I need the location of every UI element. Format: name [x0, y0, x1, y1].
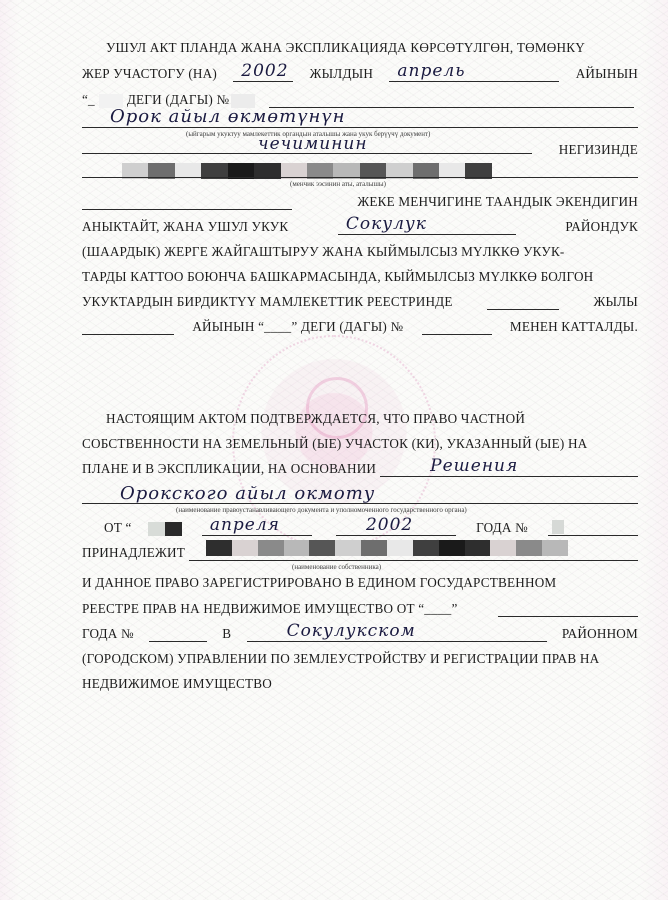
ru-text: ПРИНАДЛЕЖИТ [82, 545, 185, 561]
handwritten-month: апрель [397, 61, 465, 81]
redaction-pixel [284, 540, 310, 556]
redaction-pixel [387, 540, 413, 556]
kg-text: ЖЕР УЧАСТОГУ (НА) [82, 66, 217, 82]
month-field: апрель [389, 66, 559, 82]
handwritten-basis: Решения [430, 456, 518, 476]
ru-text: ГОДА № [476, 520, 528, 536]
kg-text: ЖЫЛДЫН [310, 66, 373, 82]
year-field: 2002 [336, 520, 456, 536]
ru-text: ПЛАНЕ И В ЭКСПЛИКАЦИИ, НА ОСНОВАНИИ [82, 461, 376, 477]
kg-text: МЕНЕН КАТТАЛДЫ. [510, 319, 638, 335]
kg-text: (ШААРДЫК) ЖЕРГЕ ЖАЙГАШТЫРУУ ЖАНА КЫЙМЫЛС… [82, 244, 565, 260]
handwritten-district: Сокулук [346, 214, 427, 234]
redaction-pixel [335, 540, 361, 556]
ru-text: И ДАННОЕ ПРАВО ЗАРЕГИСТРИРОВАНО В ЕДИНОМ… [82, 575, 556, 591]
ru-text: В [222, 626, 231, 642]
kg-line-1: УШУЛ АКТ ПЛАНДА ЖАНА ЭКСПЛИКАЦИЯДА КӨРСӨ… [82, 34, 638, 56]
ru-text: РЕЕСТРЕ ПРАВ НА НЕДВИЖИМОЕ ИМУЩЕСТВО ОТ … [82, 601, 458, 617]
kg-line-10: ТАРДЫ КАТТОО БОЮНЧА БАШКАРМАСЫНДА, КЫЙМЫ… [82, 263, 638, 285]
kg-line-2: ЖЕР УЧАСТОГУ (НА) 2002 ЖЫЛДЫН апрель АЙЫ… [82, 60, 638, 82]
redaction-pixel [232, 540, 258, 556]
kg-line-5: НЕГИЗИНДЕ [82, 136, 638, 158]
caption-owner: (менчик ээсинин аты, аталышы) [290, 180, 386, 188]
redaction-pixel [490, 540, 516, 556]
handwritten-year: 2002 [241, 61, 288, 81]
kg-line-7: ЖЕКЕ МЕНЧИГИНЕ ТААНДЫК ЭКЕНДИГИН [82, 188, 638, 210]
month-field: апреля [202, 520, 312, 536]
ru-line-2: СОБСТВЕННОСТИ НА ЗЕМЕЛЬНЫЙ (ЫЕ) УЧАСТОК … [82, 430, 638, 452]
kg-line-11: УКУКТАРДЫН БИРДИКТҮҮ МАМЛЕКЕТТИК РЕЕСТРИ… [82, 288, 638, 310]
ru-line-10: (ГОРОДСКОМ) УПРАВЛЕНИИ ПО ЗЕМЛЕУСТРОЙСТВ… [82, 645, 638, 667]
kg-text: АЙЫНЫН “____” ДЕГИ (ДАГЫ) № [192, 319, 403, 335]
redaction-pixel [258, 540, 284, 556]
blank-field [487, 294, 559, 310]
kg-text: АНЫКТАЙТ, ЖАНА УШУЛ УКУК [82, 219, 288, 235]
redaction-pixel [206, 540, 232, 556]
blank-field [498, 601, 638, 617]
redacted-owner-name-ru [206, 540, 568, 556]
redaction-pixel [516, 540, 542, 556]
redaction-pixel [542, 540, 568, 556]
redaction-pixel [309, 540, 335, 556]
kg-line-3: “_ ДЕГИ (ДАГЫ) № [82, 86, 638, 108]
ru-text: НАСТОЯЩИМ АКТОМ ПОДТВЕРЖДАЕТСЯ, ЧТО ПРАВ… [106, 411, 525, 427]
ru-text: НЕДВИЖИМОЕ ИМУЩЕСТВО [82, 676, 272, 692]
blank-field [422, 319, 492, 335]
ru-line-9: ГОДА № В Сокулукском РАЙОННОМ [82, 620, 638, 642]
basis-field: Решения [380, 461, 638, 477]
redaction-pixel [413, 540, 439, 556]
blank-field [82, 194, 292, 210]
kg-text: РАЙОНДУК [565, 219, 638, 235]
district-field: Сокулук [338, 219, 516, 235]
ru-line-3: ПЛАНЕ И В ЭКСПЛИКАЦИИ, НА ОСНОВАНИИ Реше… [82, 455, 638, 477]
kg-text: “_ [82, 92, 95, 108]
district-field: Сокулукском [247, 626, 547, 642]
ru-line-1: НАСТОЯЩИМ АКТОМ ПОДТВЕРЖДАЕТСЯ, ЧТО ПРАВ… [82, 405, 638, 427]
redaction-pixel [465, 540, 491, 556]
ru-text: СОБСТВЕННОСТИ НА ЗЕМЕЛЬНЫЙ (ЫЕ) УЧАСТОК … [82, 436, 587, 452]
ru-text: ОТ “ [82, 520, 132, 536]
ru-line-8: РЕЕСТРЕ ПРАВ НА НЕДВИЖИМОЕ ИМУЩЕСТВО ОТ … [82, 595, 638, 617]
kg-text: АЙЫНЫН [576, 66, 638, 82]
rule [82, 177, 638, 178]
redaction-pixel [361, 540, 387, 556]
handwritten-year-ru: 2002 [366, 515, 413, 535]
redacted-number [552, 520, 564, 534]
blank-field [82, 319, 174, 335]
number-field [548, 520, 638, 536]
handwritten-authority-ru: Орокского айыл окмоту [120, 483, 375, 504]
caption-document: (наименование правоустанавливающего доку… [176, 506, 467, 514]
ru-text: РАЙОННОМ [562, 626, 638, 642]
kg-text: ТАРДЫ КАТТОО БОЮНЧА БАШКАРМАСЫНДА, КЫЙМЫ… [82, 269, 593, 285]
handwritten-district-ru: Сокулукском [287, 621, 416, 641]
kg-line-12: АЙЫНЫН “____” ДЕГИ (ДАГЫ) № МЕНЕН КАТТАЛ… [82, 313, 638, 335]
year-field: 2002 [233, 66, 293, 82]
kg-text: ЖЫЛЫ [593, 294, 638, 310]
ru-line-11: НЕДВИЖИМОЕ ИМУЩЕСТВО [82, 670, 638, 692]
kg-text: ЖЕКЕ МЕНЧИГИНЕ ТААНДЫК ЭКЕНДИГИН [357, 194, 638, 210]
kg-text: УКУКТАРДЫН БИРДИКТҮҮ МАМЛЕКЕТТИК РЕЕСТРИ… [82, 294, 453, 310]
kg-line-8: АНЫКТАЙТ, ЖАНА УШУЛ УКУК Сокулук РАЙОНДУ… [82, 213, 638, 235]
handwritten-month-ru: апреля [210, 515, 280, 535]
kg-line-9: (ШААРДЫК) ЖЕРГЕ ЖАЙГАШТЫРУУ ЖАНА КЫЙМЫЛС… [82, 238, 638, 260]
blank-field [149, 626, 207, 642]
redaction-pixel [439, 540, 465, 556]
ru-line-5: ОТ “ апреля 2002 ГОДА № [82, 514, 638, 536]
kg-text: НЕГИЗИНДЕ [559, 142, 638, 158]
ru-text: ГОДА № [82, 626, 134, 642]
ru-text: (ГОРОДСКОМ) УПРАВЛЕНИИ ПО ЗЕМЛЕУСТРОЙСТВ… [82, 651, 599, 667]
ru-line-7: И ДАННОЕ ПРАВО ЗАРЕГИСТРИРОВАНО В ЕДИНОМ… [82, 569, 638, 591]
land-ownership-act-page: УШУЛ АКТ ПЛАНДА ЖАНА ЭКСПЛИКАЦИЯДА КӨРСӨ… [0, 0, 668, 900]
kg-text: УШУЛ АКТ ПЛАНДА ЖАНА ЭКСПЛИКАЦИЯДА КӨРСӨ… [106, 40, 585, 56]
redacted-day [148, 522, 182, 536]
handwritten-authority: Орок айыл өкмөтүнүн [110, 106, 345, 127]
rule [82, 127, 638, 128]
